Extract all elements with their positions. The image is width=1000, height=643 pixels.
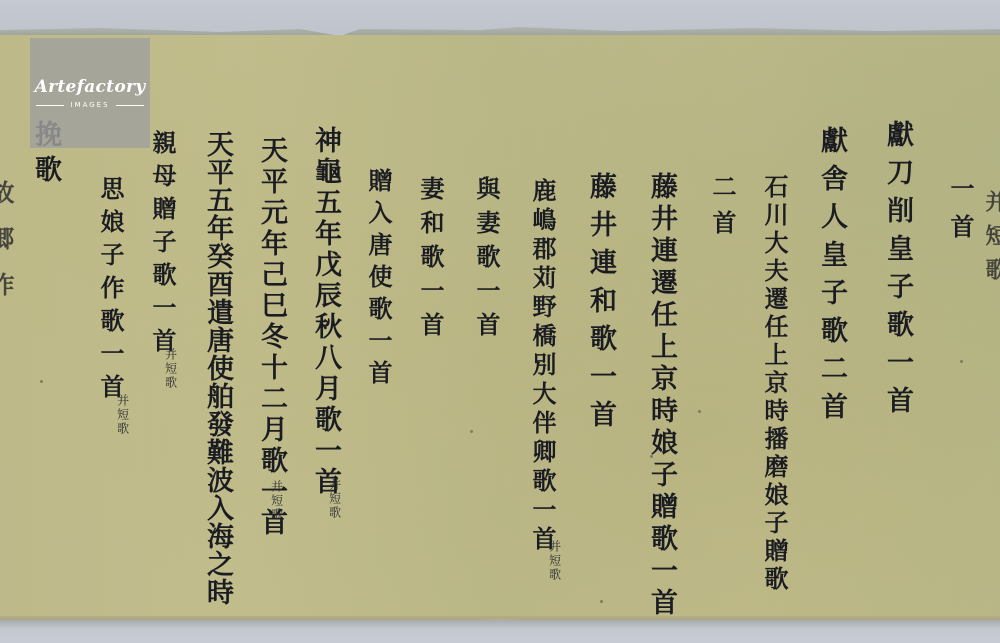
watermark-sub-label: IMAGES: [70, 101, 109, 109]
scroll-column: 神龜五年戊辰秋八月歌一首: [312, 126, 339, 498]
paper-speck: [698, 410, 701, 413]
paper-speck: [40, 380, 43, 383]
watermark-subline: IMAGES: [36, 101, 143, 109]
scroll-column-left-edge: 故郷作: [0, 180, 12, 318]
scroll-column-heading: 獻舎人皇子歌二首: [818, 126, 845, 430]
watermark-rule: [116, 105, 144, 106]
scroll-column: 贈入唐使歌一首: [366, 168, 390, 392]
scroll-annotation: 并短歌: [270, 480, 283, 522]
scroll-annotation: 并短歌: [164, 348, 177, 390]
paper-speck: [960, 360, 963, 363]
paper-speck: [470, 430, 473, 433]
scroll-column-right-edge: 并短歌: [984, 190, 1000, 292]
scroll-column: 與妻歌一首: [474, 176, 498, 346]
scroll-column: 二首: [710, 174, 734, 246]
backdrop-bottom: [0, 620, 1000, 643]
watermark-rule: [36, 105, 64, 106]
scroll-column: 親母贈子歌一首: [150, 130, 174, 361]
scroll-column: 藤井連和歌一首: [587, 172, 614, 438]
scroll-column: 思娘子作歌一首: [98, 176, 122, 407]
scroll-column-heading: 獻刀削皇子歌一首: [884, 120, 911, 424]
scroll-column: 天平元年己巳冬十二月歌一首: [258, 136, 285, 539]
watermark-brand: Artefactory: [35, 77, 146, 97]
artefactory-watermark: Artefactory IMAGES: [30, 38, 150, 148]
scroll-annotation: 并短歌: [328, 478, 341, 520]
scroll-annotation: 并短歌: [548, 540, 561, 582]
paper-speck: [600, 600, 603, 603]
scroll-annotation: 并短歌: [116, 394, 129, 436]
scroll-column: 天平五年癸酉遣唐使舶發難波入海之時: [204, 130, 231, 606]
scroll-column: 石川大夫遷任上京時播磨娘子贈歌: [762, 174, 786, 594]
scroll-column: 一首: [948, 176, 972, 252]
scroll-column: 妻和歌一首: [418, 176, 442, 346]
scroll-column: 藤井連遷任上京時娘子贈歌一首: [648, 172, 675, 620]
scroll-column: 鹿嶋郡苅野橋別大伴卿歌一首: [530, 178, 554, 555]
